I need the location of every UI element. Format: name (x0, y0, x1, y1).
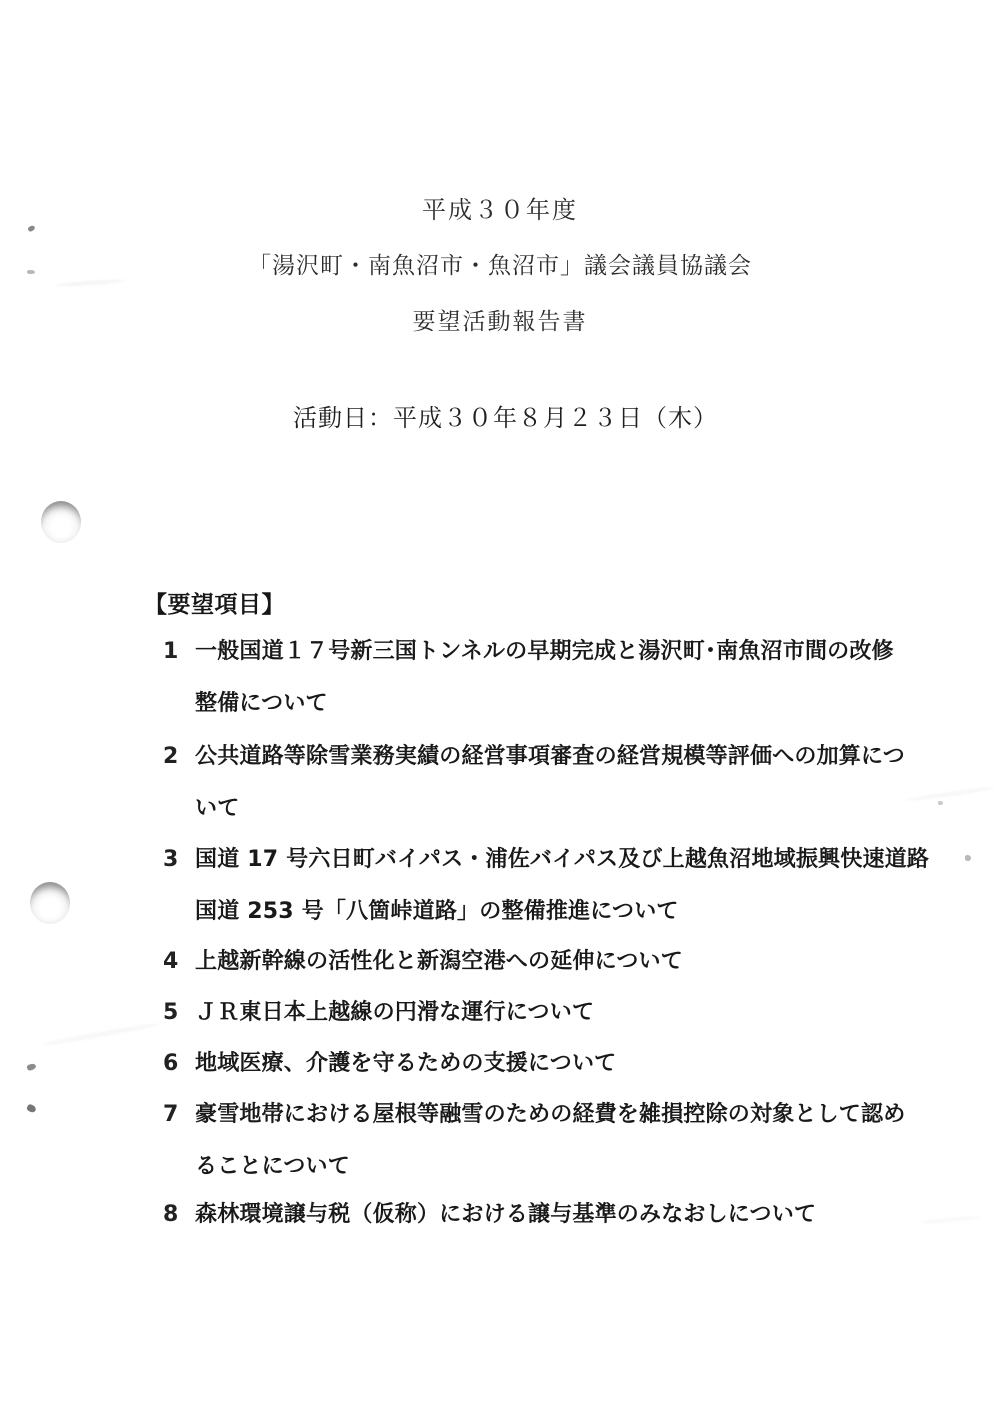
scan-speck (27, 270, 35, 274)
item-text-line: 豪雪地帯における屋根等融雪のための経費を雑損控除の対象として認め (195, 1089, 923, 1141)
item-text-line: いて (195, 783, 923, 835)
scan-speck (965, 855, 971, 861)
list-item: 7 豪雪地帯における屋根等融雪のための経費を雑損控除の対象として認め ることにつ… (163, 1089, 923, 1193)
item-text-line: 上越新幹線の活性化と新潟空港への延伸について (195, 936, 923, 988)
item-text-line: ＪＲ東日本上越線の円滑な運行について (195, 987, 923, 1039)
item-number: 7 (163, 1089, 195, 1193)
list-item: 8 森林環境譲与税（仮称）における譲与基準のみなおしについて (163, 1189, 923, 1241)
item-text: 豪雪地帯における屋根等融雪のための経費を雑損控除の対象として認め ることについて (195, 1089, 923, 1193)
punch-hole-shadow (30, 882, 70, 924)
item-text-line: 整備について (195, 678, 923, 730)
list-item: 3 国道 17 号六日町バイパス・浦佐バイパス及び上越魚沼地域振興快速道路 国道… (163, 834, 923, 938)
scan-streak (40, 1022, 159, 1048)
item-text: ＪＲ東日本上越線の円滑な運行について (195, 987, 923, 1039)
scan-speck (26, 1063, 37, 1072)
item-text-line: ることについて (195, 1141, 923, 1193)
punch-hole-shadow (41, 501, 81, 543)
item-text-line: 一般国道１７号新三国トンネルの早期完成と湯沢町･南魚沼市間の改修 (195, 626, 923, 678)
item-text: 地域医療、介護を守るための支援について (195, 1038, 923, 1090)
scan-speck (938, 801, 943, 805)
scan-speck (26, 1103, 37, 1113)
list-item: 1 一般国道１７号新三国トンネルの早期完成と湯沢町･南魚沼市間の改修 整備につい… (163, 626, 923, 730)
item-text-line: 森林環境譲与税（仮称）における譲与基準のみなおしについて (195, 1189, 923, 1241)
item-text: 上越新幹線の活性化と新潟空港への延伸について (195, 936, 923, 988)
item-number: 4 (163, 936, 195, 988)
item-number: 6 (163, 1038, 195, 1090)
item-text-line: 国道 253 号「八箇峠道路」の整備推進について (195, 886, 929, 938)
request-items-heading: 【要望項目】 (144, 586, 285, 619)
list-item: 6 地域医療、介護を守るための支援について (163, 1038, 923, 1090)
item-text: 公共道路等除雪業務実績の経営事項審査の経営規模等評価への加算につ いて (195, 731, 923, 835)
item-text-line: 国道 17 号六日町バイパス・浦佐バイパス及び上越魚沼地域振興快速道路 (195, 834, 929, 886)
item-number: 3 (163, 834, 195, 938)
document-title-report: 要望活動報告書 (0, 303, 1000, 336)
item-text-line: 地域医療、介護を守るための支援について (195, 1038, 923, 1090)
activity-date: 活動日：平成３０年８月２３日（木） (293, 398, 718, 433)
scanned-document-page: 平成３０年度 「湯沢町・南魚沼市・魚沼市」議会議員協議会 要望活動報告書 活動日… (0, 0, 1000, 1417)
item-text: 一般国道１７号新三国トンネルの早期完成と湯沢町･南魚沼市間の改修 整備について (195, 626, 923, 730)
item-text: 国道 17 号六日町バイパス・浦佐バイパス及び上越魚沼地域振興快速道路 国道 2… (195, 834, 929, 938)
item-number: 1 (163, 626, 195, 730)
scan-speck (27, 225, 36, 233)
item-text: 森林環境譲与税（仮称）における譲与基準のみなおしについて (195, 1189, 923, 1241)
item-text-line: 公共道路等除雪業務実績の経営事項審査の経営規模等評価への加算につ (195, 731, 923, 783)
document-title-year: 平成３０年度 (0, 190, 1000, 225)
document-title-council: 「湯沢町・南魚沼市・魚沼市」議会議員協議会 (0, 247, 1000, 280)
item-number: 5 (163, 987, 195, 1039)
scan-streak (920, 1215, 980, 1224)
list-item: 2 公共道路等除雪業務実績の経営事項審査の経営規模等評価への加算につ いて (163, 731, 923, 835)
item-number: 2 (163, 731, 195, 835)
item-number: 8 (163, 1189, 195, 1241)
list-item: 4 上越新幹線の活性化と新潟空港への延伸について (163, 936, 923, 988)
list-item: 5 ＪＲ東日本上越線の円滑な運行について (163, 987, 923, 1039)
